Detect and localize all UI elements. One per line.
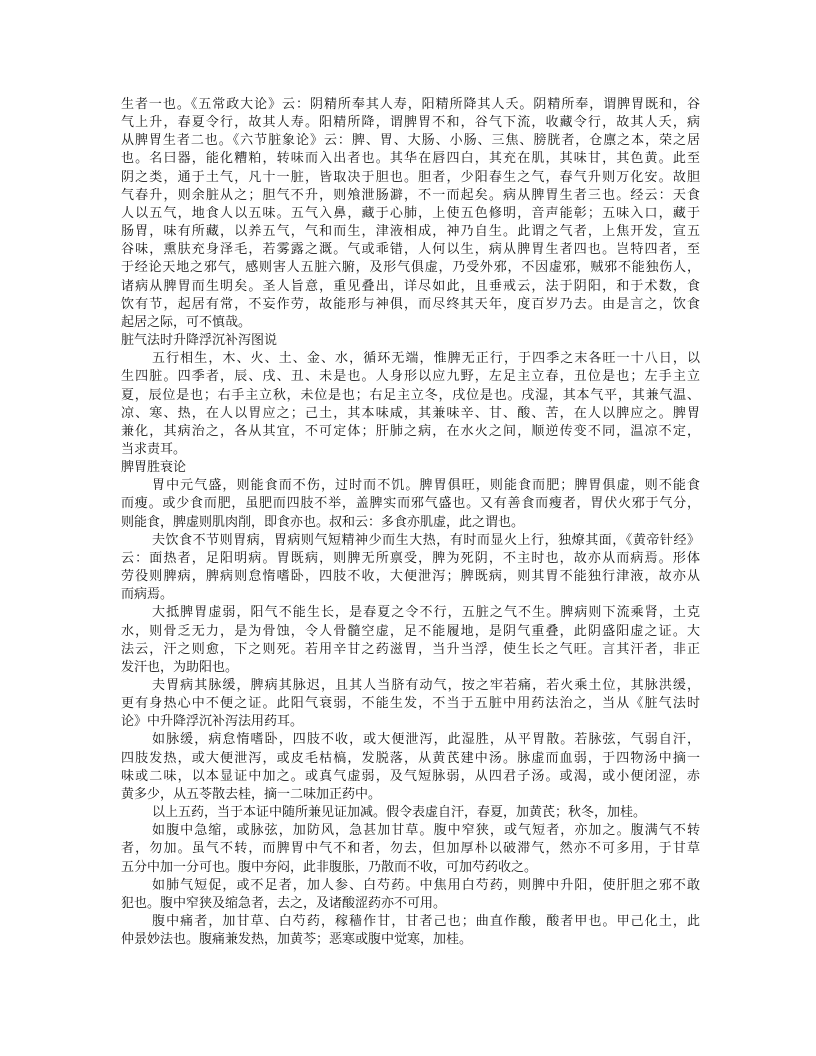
text-line: 阴之类，通于土气，凡十一脏，皆取决于胆也。胆者，少阳春生之气，春气升则万化安。故… xyxy=(121,169,700,187)
text-line: 味或二味，以本显证中加之。或真气虚弱，及气短脉弱，从四君子汤。或渴，或小便闭涩，… xyxy=(121,768,700,786)
paragraph: 以上五药，当于本证中随所兼见证加减。假令表虚自汗，春夏，加黄芪；秋冬，加桂。 xyxy=(121,804,700,822)
text-line: 仲景妙法也。腹痛兼发热，加黄芩；恶寒或腹中觉寒，加桂。 xyxy=(121,931,700,949)
section-heading: 脏气法时升降浮沉补泻图说 xyxy=(121,332,700,350)
text-line: 生者一也。《五常政大论》云：阴精所奉其人寿，阳精所降其人夭。阴精所奉，谓脾胃既和… xyxy=(121,96,700,114)
text-line: 如肺气短促，或不足者，加人参、白芍药。中焦用白芍药，则脾中升阳，使肝胆之邪不敢 xyxy=(121,877,700,895)
text-line: 人以五气，地食人以五味。五气入鼻，藏于心肺，上使五色修明，音声能彰；五味入口，藏… xyxy=(121,205,700,223)
text-line: 水，则骨乏无力，是为骨蚀，令人骨髓空虚，足不能履地，是阴气重叠，此阴盛阳虚之证。… xyxy=(121,623,700,641)
text-line: 而瘦。或少食而肥，虽肥而四肢不举，盖脾实而邪气盛也。又有善食而瘦者，胃伏火邪于气… xyxy=(121,495,700,513)
text-line: 气春升，则余脏从之；胆气不升，则飧泄肠澼，不一而起矣。病从脾胃生者三也。经云：天… xyxy=(121,187,700,205)
text-line: 饮有节，起居有常，不妄作劳，故能形与神俱，而尽终其天年，度百岁乃去。由是言之，饮… xyxy=(121,296,700,314)
text-line: 当求责耳。 xyxy=(121,441,700,459)
section-heading-text: 脏气法时升降浮沉补泻图说 xyxy=(121,332,700,350)
text-line: 四肢发热，或大便泄泻，或皮毛枯槁，发脱落，从黄芪建中汤。脉虚而血弱，于四物汤中摘… xyxy=(121,750,700,768)
section-heading: 脾胃胜衰论 xyxy=(121,459,700,477)
text-line: 也。名曰器，能化糟粕，转味而入出者也。其华在唇四白，其充在肌，其味甘，其色黄。此… xyxy=(121,150,700,168)
text-line: 谷味，熏肤充身泽毛，若雾露之溉。气或乖错，人何以生，病从脾胃生者四也。岂特四者，… xyxy=(121,241,700,259)
text-line: 腹中痛者，加甘草、白芍药，稼穑作甘，甘者己也；曲直作酸，酸者甲也。甲己化土，此 xyxy=(121,913,700,931)
text-line: 如腹中急缩，或脉弦，加防风，急甚加甘草。腹中窄狭，或气短者，亦加之。腹满气不转 xyxy=(121,822,700,840)
text-line: 夫胃病其脉缓，脾病其脉迟，且其人当脐有动气，按之牢若痛，若火乘土位，其脉洪缓， xyxy=(121,677,700,695)
text-line: 论》中升降浮沉补泻法用药耳。 xyxy=(121,713,700,731)
paragraph: 如脉缓，病怠惰嗜卧，四肢不收，或大便泄泻，此湿胜，从平胃散。若脉弦，气弱自汗， … xyxy=(121,731,700,804)
section-heading-text: 脾胃胜衰论 xyxy=(121,459,700,477)
paragraph: 如腹中急缩，或脉弦，加防风，急甚加甘草。腹中窄狭，或气短者，亦加之。腹满气不转 … xyxy=(121,822,700,876)
text-line: 则能食，脾虚则肌肉削，即食亦也。叔和云：多食亦肌虚，此之谓也。 xyxy=(121,514,700,532)
text-line: 黄多少，从五苓散去桂，摘一二味加正药中。 xyxy=(121,786,700,804)
text-line: 凉、寒、热，在人以胃应之；己土，其本味咸，其兼味辛、甘、酸、苦，在人以脾应之。脾… xyxy=(121,405,700,423)
text-line: 胃中元气盛，则能食而不伤，过时而不饥。脾胃俱旺，则能食而肥；脾胃俱虚，则不能食 xyxy=(121,477,700,495)
text-line: 五分中加一分可也。腹中夯闷，此非腹胀，乃散而不收，可加芍药收之。 xyxy=(121,859,700,877)
text-line: 发汗也，为助阳也。 xyxy=(121,659,700,677)
text-line: 从脾胃生者二也。《六节脏象论》云：脾、胃、大肠、小肠、三焦、膀胱者，仓廪之本，荣… xyxy=(121,132,700,150)
text-line: 兼化，其病治之，各从其宜，不可定体；肝肺之病，在水火之间，顺逆传变不同，温凉不定… xyxy=(121,423,700,441)
text-line: 于经论天地之邪气，感则害人五脏六腑，及形气俱虚，乃受外邪，不因虚邪，贼邪不能独伤… xyxy=(121,259,700,277)
text-line: 气上升，春夏令行，故其人寿。阳精所降，谓脾胃不和，谷气下流，收藏令行，故其人夭，… xyxy=(121,114,700,132)
text-line: 起居之际，可不慎哉。 xyxy=(121,314,700,332)
text-line: 云：面热者，足阳明病。胃既病，则脾无所禀受，脾为死阴，不主时也，故亦从而病焉。形… xyxy=(121,550,700,568)
text-line: 以上五药，当于本证中随所兼见证加减。假令表虚自汗，春夏，加黄芪；秋冬，加桂。 xyxy=(121,804,700,822)
text-line: 夫饮食不节则胃病，胃病则气短精神少而生大热，有时而显火上行，独燎其面，《黄帝针经… xyxy=(121,532,700,550)
paragraph: 腹中痛者，加甘草、白芍药，稼穑作甘，甘者己也；曲直作酸，酸者甲也。甲己化土，此 … xyxy=(121,913,700,949)
text-line: 生四脏。四季者，辰、戌、丑、未是也。人身形以应九野，左足主立春，丑位是也；左手主… xyxy=(121,368,700,386)
paragraph: 胃中元气盛，则能食而不伤，过时而不饥。脾胃俱旺，则能食而肥；脾胃俱虚，则不能食 … xyxy=(121,477,700,531)
text-line: 更有身热心中不便之证。此阳气衰弱，不能生发，不当于五脏中用药法治之，当从《脏气法… xyxy=(121,695,700,713)
paragraph: 大抵脾胃虚弱，阳气不能生长，是春夏之令不行，五脏之气不生。脾病则下流乘肾，土克 … xyxy=(121,604,700,677)
paragraph: 夫饮食不节则胃病，胃病则气短精神少而生大热，有时而显火上行，独燎其面，《黄帝针经… xyxy=(121,532,700,605)
paragraph: 五行相生，木、火、土、金、水，循环无端，惟脾无正行，于四季之末各旺一十八日，以 … xyxy=(121,350,700,459)
text-line: 法云，汗之则愈，下之则死。若用辛甘之药滋胃，当升当浮，使生长之气旺。言其汗者，非… xyxy=(121,641,700,659)
document-page: 生者一也。《五常政大论》云：阴精所奉其人寿，阳精所降其人夭。阴精所奉，谓脾胃既和… xyxy=(121,96,700,949)
text-line: 劳役则脾病，脾病则怠惰嗜卧，四肢不收，大便泄泻；脾既病，则其胃不能独行津液，故亦… xyxy=(121,568,700,586)
paragraph: 夫胃病其脉缓，脾病其脉迟，且其人当脐有动气，按之牢若痛，若火乘土位，其脉洪缓， … xyxy=(121,677,700,731)
paragraph: 生者一也。《五常政大论》云：阴精所奉其人寿，阳精所降其人夭。阴精所奉，谓脾胃既和… xyxy=(121,96,700,332)
text-line: 如脉缓，病怠惰嗜卧，四肢不收，或大便泄泻，此湿胜，从平胃散。若脉弦，气弱自汗， xyxy=(121,731,700,749)
text-line: 而病焉。 xyxy=(121,586,700,604)
paragraph: 如肺气短促，或不足者，加人参、白芍药。中焦用白芍药，则脾中升阳，使肝胆之邪不敢 … xyxy=(121,877,700,913)
text-line: 诸病从脾胃而生明矣。圣人旨意，重见叠出，详尽如此，且垂戒云，法于阴阳，和于术数，… xyxy=(121,278,700,296)
text-line: 五行相生，木、火、土、金、水，循环无端，惟脾无正行，于四季之末各旺一十八日，以 xyxy=(121,350,700,368)
text-line: 大抵脾胃虚弱，阳气不能生长，是春夏之令不行，五脏之气不生。脾病则下流乘肾，土克 xyxy=(121,604,700,622)
text-line: 犯也。腹中窄狭及缩急者，去之，及诸酸涩药亦不可用。 xyxy=(121,895,700,913)
text-line: 肠胃，味有所藏，以养五气，气和而生，津液相成，神乃自生。此谓之气者，上焦开发，宣… xyxy=(121,223,700,241)
text-line: 夏，辰位是也；右手主立秋，未位是也；右足主立冬，戌位是也。戌湿，其本气平，其兼气… xyxy=(121,387,700,405)
text-line: 者，勿加。虽气不转，而脾胃中气不和者，勿去，但加厚朴以破滞气，然亦不可多用，于甘… xyxy=(121,840,700,858)
